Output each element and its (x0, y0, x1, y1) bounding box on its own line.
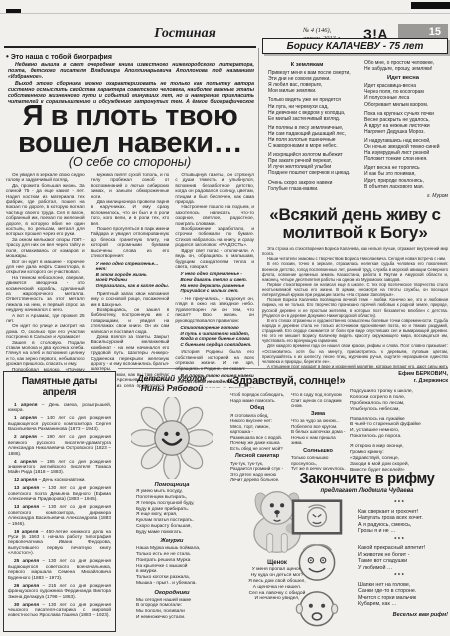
poem: ПомощницаЯ умею мыть посуду,Полотенцем в… (130, 482, 214, 536)
print-mark-right (411, 2, 450, 9)
date-item: 30 апреля – 130 лет со дня рождения чешс… (8, 602, 111, 618)
poem: Стихотворение готовоИ путь к читателю на… (175, 325, 254, 348)
date-day: 26 апреля (14, 583, 39, 588)
paragraph: Дома взялся за газеты. Закрыт Васильсурс… (91, 334, 170, 372)
verse: Идет весна не торопясьИ как бы это поним… (358, 165, 448, 189)
headline-line1: Я в плоть твою (4, 103, 256, 130)
poem: Чтоб порядок соблюдать,Надо маме помогат… (228, 392, 286, 403)
kicker-text: Это наша с тобой биография (11, 54, 112, 61)
date-item: 13 апреля – 130 лет со дня рождения сове… (8, 485, 111, 501)
bullet-icon: • (6, 52, 9, 61)
poem: Повалялось на лужайкеВ чьей-то старенько… (350, 417, 448, 441)
poem: Очень скоро закрою навекиГолубые глаза-м… (262, 180, 352, 192)
article-column-2: мужика пилят сухой тополь, и по телу про… (91, 172, 170, 388)
rifma-subtitle: предлагает Людмила Чудаева (286, 488, 448, 494)
date-item: 1 апреля – 140 лет со дня рождения выдаю… (8, 415, 111, 431)
verse: Что за чудо за окном...Побелело все круг… (289, 418, 347, 446)
poem-title: К землякам (262, 62, 352, 69)
poem: И искрящийся золотом выбежитПри закате р… (262, 152, 352, 176)
paragraph: Для каждого времени года он нашел свои к… (262, 343, 448, 364)
date-item: 1 апреля – День смеха, розыгрышей, юмора… (8, 402, 111, 413)
verse: У него одно стремленье -Всем давать тепл… (175, 271, 254, 294)
poem: ОбедЯ сготовила обед,Никого вкуснее нет:… (228, 405, 286, 451)
poem-title: Жмурки (130, 538, 214, 545)
paragraph: Воображение заработало, и строчки побежа… (175, 226, 254, 248)
kalachev-poems: К землякамПривезут меня к вам после смер… (262, 60, 448, 204)
poem: Ни поляны в лесу земляничные,Ни сам пада… (262, 125, 352, 149)
paragraph: В его стихах отражены и художественно ос… (262, 318, 448, 344)
verse: Тук-тук, тук-тук,Раздается громкий стук … (228, 461, 286, 483)
separator: * * * (350, 537, 448, 544)
kalachev-headline: «Всякий день живу с молитвой к Богу» (262, 206, 448, 242)
paragraph: Два милиционера провели парня в наручник… (91, 199, 170, 226)
paragraph: Поэзия Бориса Калачева посвящена вечной … (262, 297, 448, 318)
kalachev-body: Эта строка из стихотворения Бориса Калач… (262, 246, 448, 368)
date-item: 25 апреля – 130 лет со дня рождения выда… (8, 558, 111, 580)
poem: К землякамПривезут меня к вам после смер… (262, 62, 352, 94)
verse: И надругавшись над весной,Он ночью звезд… (358, 138, 448, 162)
date-day: 4 апреля (14, 459, 37, 464)
poem: Идет весна не торопясьИ как бы это поним… (358, 165, 448, 189)
verse: Привезут меня к вам после смерти,Эти дни… (262, 70, 352, 94)
kids-title-line2: Нины Рябовой (120, 384, 224, 394)
issue-number: № 4 (146), (303, 27, 361, 35)
column-divider (258, 48, 259, 366)
rifma-poems: * * *Как сверкает и грохочет!Напугать гр… (350, 498, 448, 618)
poem-title: Огородники (130, 590, 214, 597)
date-day: 13 апреля (14, 504, 39, 509)
paragraph: Он увидел в зеркале свою седую голову и … (6, 172, 85, 183)
date-day: 19 апреля (14, 529, 38, 534)
separator: * * * (350, 500, 448, 507)
paragraph: А вот и Арзамас, где прожил 25 лет. (6, 313, 85, 324)
article-kicker: •Это наша с тобой биография (6, 52, 112, 61)
verse: Чтоб порядок соблюдать,Надо маме помогат… (228, 392, 286, 403)
verse: Я открою в мир оконце,Громко крикну:«Здр… (350, 444, 448, 473)
paragraph: мужика пилят сухой тополь, и по телу про… (91, 172, 170, 199)
verse: Я умею мыть посуду,Полотенцем вытирать,Я… (130, 489, 214, 535)
kids-corner: Детский уголок Нины Рябовой ПомощницаЯ у… (120, 374, 224, 621)
rifma-drawings (288, 499, 346, 633)
poem: Что в саду под лопухомСпит щенок со слад… (289, 392, 347, 409)
paragraph: А утешение поэт находит в вере и искренн… (262, 364, 448, 368)
verse: Я сготовила обед,Никого вкуснее нет:Мясо… (228, 413, 286, 452)
verse: Только видеть уже не придетсяНи луга, ни… (262, 97, 352, 121)
verse: Мы сегодня нашей мамеВ огороде помогали:… (130, 598, 214, 621)
dates-title: Памятные даты апреля (8, 376, 111, 398)
poem: Шапки нет на голове,Санки где-то в сторо… (350, 582, 448, 608)
kids-poems: ПомощницаЯ умею мыть посуду,Полотенцем в… (130, 482, 214, 621)
date-item: 12 апреля – День космонавтики. (8, 477, 111, 482)
verse: Шапки нет на голове,Санки где-то в сторо… (350, 582, 448, 608)
verse: Повалялось на лужайкеВ чьей-то старенько… (350, 417, 448, 441)
poem: Я открою в мир оконце,Громко крикну:«Здр… (350, 444, 448, 473)
article-column-3: Отшвырнув газеты, он стряхнул с души тяж… (175, 172, 254, 388)
paragraph: Недавно вышла в свет очередная книга изв… (8, 62, 254, 81)
poem: Лесной санитарТук-тук, тук-тук,Раздается… (228, 453, 286, 483)
kalachev-poems-col1: К землякамПривезут меня к вам после смер… (262, 60, 352, 204)
framed-child-drawing (291, 499, 343, 535)
headline-line2: вошел навеки… (4, 130, 256, 157)
signature: Веселых вам рифм! (350, 612, 448, 619)
separator: * * * (350, 573, 448, 580)
newspaper-page: Гостиная № 4 (146), апрель 2013 г. З!А 1… (0, 0, 450, 636)
poem: Идет веснаИдет красавица-веснаЧерез поля… (358, 75, 448, 107)
poem-title: Зима (289, 411, 347, 418)
article-intro: Недавно вышла в свет очередная книга изв… (8, 62, 254, 104)
poem: ЖмуркиНаша Мурка мышь поймала,Только ест… (130, 538, 214, 586)
dates-list: 1 апреля – День смеха, розыгрышей, юмора… (8, 402, 111, 618)
paragraph: Да, прожита большая жизнь. За спиной 75 … (6, 183, 85, 237)
paragraph: Зашел в столовую. Подали стакан молока и… (6, 340, 85, 367)
signature: г. Муром (358, 193, 448, 199)
top-hairline (0, 13, 450, 14)
paragraph: Отшвырнув газеты, он стряхнул с души тяж… (175, 172, 254, 204)
kids-corner-title: Детский уголок Нины Рябовой (120, 374, 224, 394)
article-columns: Он увидел в зеркале свою седую голову и … (6, 172, 254, 388)
verse: И искрящийся золотом выбежитПри закате р… (262, 152, 352, 176)
article-column-1: Он увидел в зеркале свою седую голову и … (6, 172, 85, 388)
poem: ЗимаЧто за чудо за окном...Побелело все … (289, 411, 347, 446)
signature-name: Ефим БЕРКОВИЧ, (350, 371, 448, 378)
verse: Ни поляны в лесу земляничные,Ни сам пада… (262, 125, 352, 149)
rifma-title: Закончите в рифму (286, 471, 448, 487)
poem: Только видеть уже не придетсяНи луга, ни… (262, 97, 352, 121)
date-day: 1 апреля (14, 415, 37, 420)
poem: Подсушило тропку к школе,Колоски согрело… (350, 389, 448, 413)
smiley-face-drawing-1 (294, 539, 340, 583)
poem-title: Солнышко (289, 448, 347, 455)
poem-title: Лесной санитар (228, 453, 286, 460)
sun-section-title: «Здравствуй, солнце!» (224, 375, 348, 387)
sun-column-1: Чтоб порядок соблюдать,Надо маме помогат… (228, 392, 286, 484)
paragraph: Вдруг свет погас - отключили. А ведь он,… (175, 248, 254, 270)
article-subhead: (О себе со стороны) (4, 155, 256, 169)
smiley-face-drawing-2 (294, 587, 340, 629)
kalachev-poems-col2: Обо мне, о простом человеке,Не забудьте,… (358, 60, 448, 204)
poem: ОгородникиМы сегодня нашей мамеВ огороде… (130, 590, 214, 621)
date-day: 25 апреля (14, 558, 39, 563)
paragraph: Приятный запах хвои напомнил ему о сосно… (91, 291, 170, 307)
poem: Обо мне, о простом человеке,Не забудьте,… (358, 60, 448, 72)
date-day: 2 апреля (14, 434, 37, 439)
date-day: 13 апреля (14, 485, 39, 490)
date-day: 30 апреля (14, 602, 39, 607)
paragraph: Эта строка из стихотворения Бориса Калач… (262, 246, 448, 256)
paragraph: - Не приучились, - вздохнул он, глядя в … (175, 296, 254, 323)
date-day: 1 апреля (14, 402, 38, 407)
poem: Какой прекрасный аппетит!И животик не бо… (350, 545, 448, 571)
date-item: 4 апреля – 195 лет со дня рождения знаме… (8, 459, 111, 475)
verse: Какой прекрасный аппетит!И животик не бо… (350, 545, 448, 571)
kalachev-signature: Ефим БЕРКОВИЧ, г. Дзержинск (350, 371, 448, 385)
verse: Подсушило тропку к школе,Колоски согрело… (350, 389, 448, 413)
poem: У него одно стремленье -Всем давать тепл… (175, 271, 254, 294)
paragraph: История Родины была его собственной исто… (175, 349, 254, 371)
verse: У него одно стремленье... нет:В этом гор… (91, 261, 170, 289)
memorable-dates-box: Памятные даты апреля 1 апреля – День сме… (3, 371, 116, 632)
print-mark-left (6, 9, 21, 13)
verse: Что в саду под лопухомСпит щенок со слад… (289, 392, 347, 409)
jubilee-header: Борису КАЛАЧЕВУ - 75 лет (262, 38, 448, 54)
paragraph: Пошел прогуляться в парк имени Гайдара и… (91, 226, 170, 258)
verse: Обо мне, о простом человеке,Не забудьте,… (358, 60, 448, 72)
paragraph: Настроение пошло на подъем, и захотелось… (175, 204, 254, 226)
paragraph: Вот он едет в машине - горючее для нее д… (6, 259, 85, 275)
paragraph: За окном мелькают опоры ЛЭП - трассу для… (6, 237, 85, 259)
paragraph: На темном небосклоне, сверкая, движется … (6, 275, 85, 313)
sun-column-2: Что в саду под лопухомСпит щенок со слад… (289, 392, 347, 470)
verse: Только солнышко проснулось,Тут же в речк… (289, 455, 347, 470)
poem-title: Обед (228, 405, 286, 412)
date-item: 13 апреля – 130 лет со дня рождения сове… (8, 504, 111, 526)
signature-city: г. Дзержинск (350, 378, 448, 385)
date-item: 26 апреля – 215 лет со дня рождения фран… (8, 583, 111, 599)
poem: СолнышкоТолько солнышко проснулось,Тут ж… (289, 448, 347, 470)
article-headline: Я в плоть твою вошел навеки… (4, 103, 256, 156)
paragraph: Он идет по улице и смотрит на дома. О, с… (6, 323, 85, 339)
paragraph: В его поэзии, точно в зеркале, отразилас… (262, 261, 448, 282)
poem: Как сверкает и грохочет!Напугать гроза в… (350, 509, 448, 535)
poem-title: Идет весна (358, 75, 448, 82)
sun-column-3: Подсушило тропку к школе,Колоски согрело… (350, 389, 448, 477)
paragraph: Первое стихотворение он написал еще в шк… (262, 282, 448, 297)
date-item: 2 апреля – 190 лет со дня рождения велик… (8, 434, 111, 456)
poem: Пока на крупных сучьях почкиВесне раскры… (358, 111, 448, 135)
verse: Как сверкает и грохочет!Напугать гроза в… (350, 509, 448, 535)
verse: Пока на крупных сучьях почкиВесне раскры… (358, 111, 448, 135)
poem-title: Помощница (130, 482, 214, 489)
poem: И надругавшись над весной,Он ночью звезд… (358, 138, 448, 162)
verse: Стихотворение готовоИ путь к читателю на… (175, 325, 254, 348)
paragraph: Возвращаясь, он зашел в библиотеку, пост… (91, 307, 170, 334)
verse: Идет красавица-веснаЧерез поля, по косог… (358, 83, 448, 107)
date-item: 19 апреля – 450-летие книжного дела на Р… (8, 529, 111, 556)
verse: Очень скоро закрою навекиГолубые глаза-м… (262, 180, 352, 192)
date-day: 12 апреля (14, 477, 37, 482)
verse: Наша Мурка мышь поймала,Только есть ее н… (130, 546, 214, 586)
smiling-daisy-drawing (131, 397, 213, 479)
masthead-rule (4, 46, 256, 48)
poem: У него одно стремленье... нет:В этом гор… (91, 261, 170, 289)
